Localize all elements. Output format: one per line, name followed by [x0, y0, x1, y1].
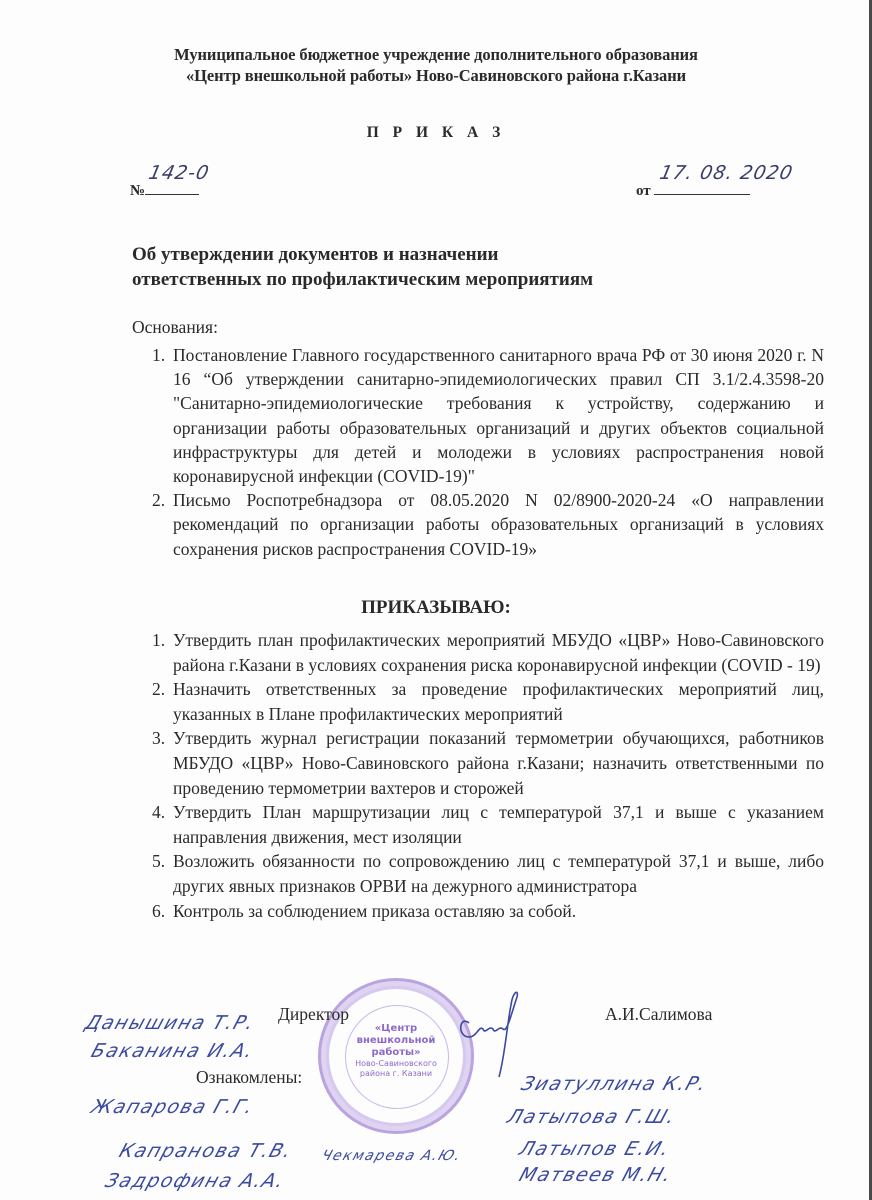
order-item-text: Контроль за соблюдением приказа оставляю… — [173, 901, 576, 921]
basis-label: Основания: — [132, 317, 218, 338]
acknowledged-label: Ознакомлены: — [196, 1067, 302, 1088]
order-date-value: 17. 08. 2020 — [658, 162, 796, 184]
order-item-text: Назначить ответственных за проведение пр… — [173, 679, 824, 724]
handwritten-acknowledgement: Латыпов Е.И. — [516, 1138, 673, 1160]
order-item-text: Возложить обязанности по сопровождению л… — [173, 851, 824, 896]
basis-item-text: Письмо Роспотребнадзора от 08.05.2020 N … — [173, 490, 824, 558]
handwritten-acknowledgement: Жапарова Г.Г. — [88, 1096, 257, 1118]
stamp-line-4: Ново-Савиновского — [321, 1059, 471, 1069]
stamp-line-2: внешкольной — [321, 1035, 471, 1047]
order-number: №142-0 — [130, 172, 199, 200]
order-item-number: 1. — [152, 628, 165, 653]
organization-line-2: «Центр внешкольной работы» Ново-Савиновс… — [0, 65, 872, 86]
organization-header: Муниципальное бюджетное учреждение допол… — [0, 44, 872, 86]
order-date-label: от — [636, 183, 651, 199]
handwritten-acknowledgement: Латыпова Г.Ш. — [504, 1106, 679, 1128]
order-item: 3. Утвердить журнал регистрации показани… — [152, 726, 824, 800]
handwritten-acknowledgement: Капранова Т.В. — [116, 1140, 295, 1162]
order-date-field: 17. 08. 2020 — [654, 172, 750, 195]
order-number-label: № — [130, 183, 145, 199]
basis-item-text: Постановление Главного государственного … — [173, 345, 824, 486]
director-signature-icon — [455, 985, 535, 1080]
order-item: 4. Утвердить План маршрутизации лиц с те… — [152, 800, 824, 849]
order-title: Об утверждении документов и назначении о… — [132, 242, 593, 292]
order-item: 5. Возложить обязанности по сопровождени… — [152, 849, 824, 898]
handwritten-acknowledgement: Зиатуллина К.Р. — [518, 1073, 710, 1095]
order-item-text: Утвердить план профилактических мероприя… — [173, 630, 824, 675]
stamp-line-3: работы» — [321, 1047, 471, 1059]
stamp-line-5: района г. Казани — [321, 1069, 471, 1079]
basis-list: 1. Постановление Главного государственно… — [152, 343, 824, 561]
document-type: П Р И К А З — [0, 124, 872, 142]
order-item-text: Утвердить журнал регистрации показаний т… — [173, 728, 824, 797]
order-date: от 17. 08. 2020 — [636, 172, 750, 200]
order-title-line-1: Об утверждении документов и назначении — [132, 242, 593, 267]
stamp-center-text: «Центр внешкольной работы» Ново-Савиновс… — [321, 1023, 471, 1079]
order-item: 1. Утвердить план профилактических мероп… — [152, 628, 824, 677]
orders-heading: ПРИКАЗЫВАЮ: — [0, 597, 872, 619]
handwritten-acknowledgement: Чекмарева А.Ю. — [319, 1148, 463, 1164]
handwritten-acknowledgement: Данышина Т.Р. — [82, 1012, 258, 1034]
order-title-line-2: ответственных по профилактическим меропр… — [132, 267, 593, 292]
basis-item: 1. Постановление Главного государственно… — [152, 343, 824, 488]
order-item-number: 5. — [152, 849, 165, 874]
handwritten-acknowledgement: Матвеев М.Н. — [516, 1164, 675, 1186]
order-item-number: 2. — [152, 677, 165, 702]
order-item: 2. Назначить ответственных за проведение… — [152, 677, 824, 726]
director-position: Директор — [278, 1004, 349, 1025]
order-item-number: 3. — [152, 726, 165, 751]
order-number-field: 142-0 — [145, 172, 199, 195]
organization-line-1: Муниципальное бюджетное учреждение допол… — [0, 44, 872, 65]
orders-list: 1. Утвердить план профилактических мероп… — [152, 628, 824, 923]
order-item-text: Утвердить План маршрутизации лиц с темпе… — [173, 802, 824, 847]
official-stamp: «Центр внешкольной работы» Ново-Савиновс… — [318, 978, 474, 1134]
order-item: 6. Контроль за соблюдением приказа остав… — [152, 899, 824, 924]
handwritten-acknowledgement: Задрофина А.А. — [102, 1170, 288, 1192]
basis-item: 2. Письмо Роспотребнадзора от 08.05.2020… — [152, 488, 824, 561]
order-number-value: 142-0 — [147, 162, 212, 184]
basis-item-number: 1. — [152, 343, 165, 367]
order-item-number: 6. — [152, 899, 165, 924]
handwritten-acknowledgement: Баканина И.А. — [88, 1040, 257, 1062]
order-item-number: 4. — [152, 800, 165, 825]
director-name: А.И.Салимова — [605, 1004, 712, 1025]
basis-item-number: 2. — [152, 488, 165, 512]
